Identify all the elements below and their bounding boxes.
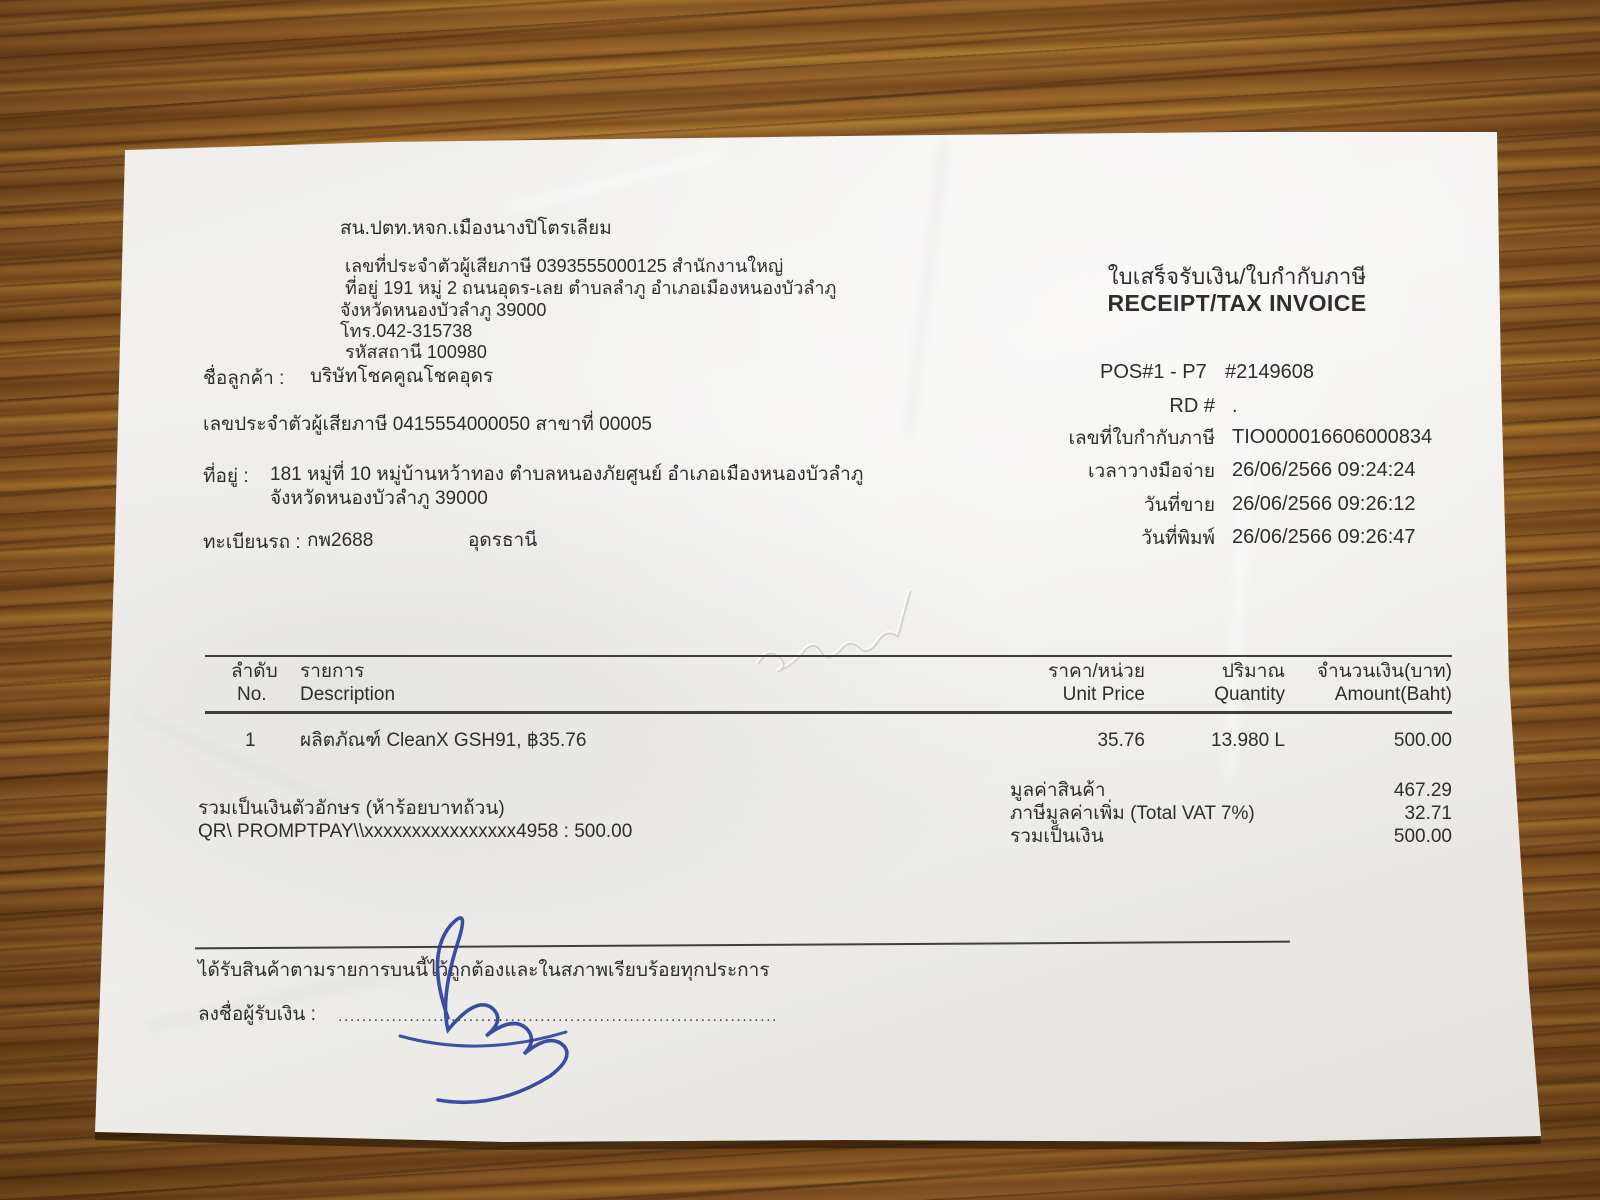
item-unit-price: 35.76 xyxy=(1097,730,1145,752)
table-header-rule xyxy=(205,711,1452,714)
station-address-line1: ที่อยู่ 191 หมู่ 2 ถนนอุดร-เลย ตำบลลำภู … xyxy=(345,278,836,300)
print-date-value: 26/06/2566 09:26:47 xyxy=(1232,526,1416,548)
tax-invoice-no-label: เลขที่ใบกำกับภาษี xyxy=(1069,428,1215,450)
print-date-label: วันที่พิมพ์ xyxy=(1141,528,1215,550)
receipt-number: #2149608 xyxy=(1225,361,1314,383)
receipt-paper: สน.ปตท.หจก.เมืองนางปิโตรเลียม เลขที่ประจ… xyxy=(85,118,1550,1153)
sale-date-label: วันที่ขาย xyxy=(1144,495,1215,517)
station-phone: โทร.042-315738 xyxy=(340,321,472,343)
item-amount: 500.00 xyxy=(1394,730,1452,752)
vat-label: ภาษีมูลค่าเพิ่ม (Total VAT 7%) xyxy=(1010,803,1255,825)
station-code: รหัสสถานี 100980 xyxy=(345,342,487,364)
col-no-en: No. xyxy=(237,684,267,706)
payment-method-line: QR\ PROMPTPAY\\xxxxxxxxxxxxxxxx4958 : 50… xyxy=(198,821,632,843)
paper-crease xyxy=(907,139,947,437)
item-no: 1 xyxy=(245,730,256,752)
grand-total-label: รวมเป็นเงิน xyxy=(1010,826,1104,848)
station-address-line2: จังหวัดหนองบัวลำภู 39000 xyxy=(340,300,546,322)
receipt-title-english: RECEIPT/TAX INVOICE xyxy=(1057,292,1417,314)
customer-address-line1: 181 หมู่ที่ 10 หมู่บ้านหว้าทอง ตำบลหนองภ… xyxy=(270,464,863,486)
station-name: สน.ปตท.หจก.เมืองนางปิโตรเลียม xyxy=(340,218,612,240)
customer-name: บริษัทโชคคูณโชคอุดร xyxy=(310,366,493,388)
item-description: ผลิตภัณฑ์ CleanX GSH91, ฿35.76 xyxy=(300,730,586,752)
rd-label: RD # xyxy=(1169,395,1215,417)
customer-address-line2: จังหวัดหนองบัวลำภู 39000 xyxy=(270,488,488,510)
customer-name-label: ชื่อลูกค้า : xyxy=(203,368,284,390)
payment-time-label: เวลาวางมือจ่าย xyxy=(1088,461,1215,483)
sale-date-value: 26/06/2566 09:26:12 xyxy=(1232,493,1416,515)
handwritten-signature xyxy=(330,908,590,1068)
station-tax-line: เลขที่ประจำตัวผู้เสียภาษี 0393555000125 … xyxy=(345,256,783,278)
payment-time-value: 26/06/2566 09:24:24 xyxy=(1232,459,1416,481)
vehicle-province: อุดรธานี xyxy=(468,530,537,552)
item-quantity: 13.980 L xyxy=(1211,730,1285,752)
col-desc-th: รายการ xyxy=(300,661,364,683)
col-desc-en: Description xyxy=(300,684,395,706)
rd-value: . xyxy=(1232,395,1238,417)
customer-tax-line: เลขประจำตัวผู้เสียภาษี 0415554000050 สาข… xyxy=(203,414,652,436)
receipt-title-thai: ใบเสร็จรับเงิน/ใบกำกับภาษี xyxy=(1057,266,1417,288)
grand-total-value: 500.00 xyxy=(1394,826,1452,848)
col-amount-th: จำนวนเงิน(บาท) xyxy=(1317,661,1452,683)
subtotal-label: มูลค่าสินค้า xyxy=(1010,780,1106,802)
embossed-writing-impression xyxy=(719,548,992,699)
photo-of-receipt: สน.ปตท.หจก.เมืองนางปิโตรเลียม เลขที่ประจ… xyxy=(0,0,1600,1200)
vehicle-plate: กพ2688 xyxy=(307,530,373,552)
customer-address-label: ที่อยู่ : xyxy=(203,466,249,488)
col-no-th: ลำดับ xyxy=(231,661,278,683)
col-price-en: Unit Price xyxy=(1063,684,1145,706)
col-qty-en: Quantity xyxy=(1214,684,1285,706)
col-price-th: ราคา/หน่วย xyxy=(1048,661,1145,683)
vehicle-label: ทะเบียนรถ : xyxy=(203,532,301,554)
col-qty-th: ปริมาณ xyxy=(1222,661,1285,683)
table-top-rule xyxy=(205,655,1452,657)
pos-terminal: POS#1 - P7 xyxy=(1100,361,1207,383)
signature-label: ลงชื่อผู้รับเงิน : xyxy=(198,1004,316,1026)
col-amount-en: Amount(Baht) xyxy=(1335,684,1452,706)
paper-crease xyxy=(134,713,336,805)
amount-in-words: รวมเป็นเงินตัวอักษร (ห้าร้อยบาทถ้วน) xyxy=(198,798,505,820)
vat-value: 32.71 xyxy=(1404,803,1452,825)
tax-invoice-no-value: TIO000016606000834 xyxy=(1232,426,1432,448)
paper-crease xyxy=(507,152,722,213)
subtotal-value: 467.29 xyxy=(1394,780,1452,802)
